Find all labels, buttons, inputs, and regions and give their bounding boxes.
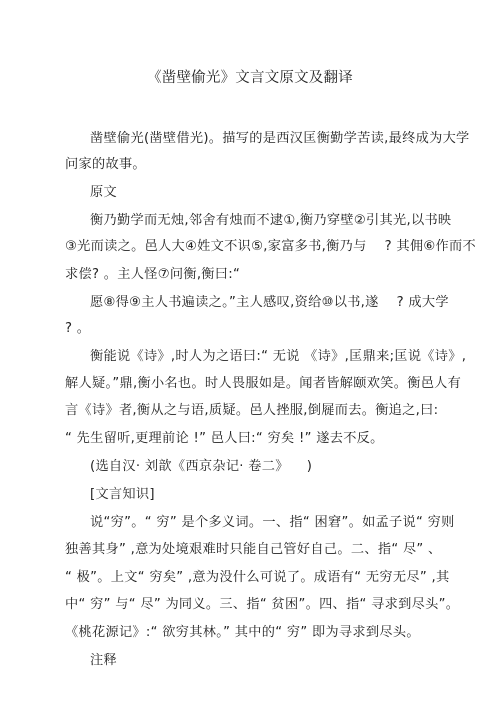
paragraph-line: “ 极”。上文“ 穷矣” ,意为没什么可说了。成语有“ 无穷无尽” ,其	[65, 566, 449, 585]
document-title: 《凿壁偷光》文言文原文及翻译	[0, 66, 500, 87]
paragraph-line: 说“穷”。“ 穷” 是个多义词。一、指“ 困窘”。如孟子说“ 穷则	[90, 511, 455, 530]
paragraph-line: ? 。	[65, 317, 90, 336]
paragraph-line: 衡能说《诗》,时人为之语曰:“ 无说 《诗》,匡鼎来;匡说《诗》,	[90, 345, 466, 364]
section-heading-knowledge: [文言知识]	[90, 483, 155, 502]
paragraph-line: 求偿? 。主人怪⑦问衡,衡曰:“	[65, 263, 240, 282]
paragraph-line: 言《诗》者,衡从之与语,质疑。邑人挫服,倒屣而去。衡追之,曰:	[65, 399, 438, 418]
document-page: 《凿壁偷光》文言文原文及翻译 凿壁偷光(凿壁借光)。描写的是西汉匡衡勤学苦读,最…	[0, 0, 500, 708]
paragraph-line: 解人疑。”鼎,衡小名也。时人畏服如是。闻者皆解颐欢笑。衡邑人有	[65, 372, 461, 391]
section-heading-notes: 注释	[90, 649, 117, 668]
paragraph-line: “ 先生留听,更理前论 !” 邑人曰:“ 穷矣 !” 遂去不反。	[65, 427, 384, 446]
paragraph-line: 问家的故事。	[65, 153, 146, 172]
paragraph-line: 《桃花源记》:“ 欲穷其林。” 其中的“ 穷” 即为寻求到尽头。	[65, 621, 420, 640]
paragraph-line: 愿⑧得⑨主人书遍读之。”主人感叹,资给⑩以书,遂 ? 成大学	[90, 291, 449, 310]
paragraph-line: 中“ 穷” 与“ 尽” 为同义。三、指“ 贫困”。四、指“ 寻求到尽头”。	[65, 593, 459, 612]
section-heading-original-text: 原文	[90, 181, 117, 200]
paragraph-line: ③光而读之。邑人大④姓文不识⑤,家富多书,衡乃与 ? 其佣⑥作而不	[65, 235, 476, 254]
source-citation: (选自汉· 刘歆《西京杂记· 卷二》 )	[90, 455, 312, 474]
paragraph-line: 凿壁偷光(凿壁借光)。描写的是西汉匡衡勤学苦读,最终成为大学	[90, 127, 470, 146]
paragraph-line: 衡乃勤学而无烛,邻舍有烛而不逮①,衡乃穿壁②引其光,以书映	[90, 209, 451, 228]
paragraph-line: 独善其身” ,意为处境艰难时只能自己管好自己。二、指“ 尽” 、	[65, 538, 442, 557]
